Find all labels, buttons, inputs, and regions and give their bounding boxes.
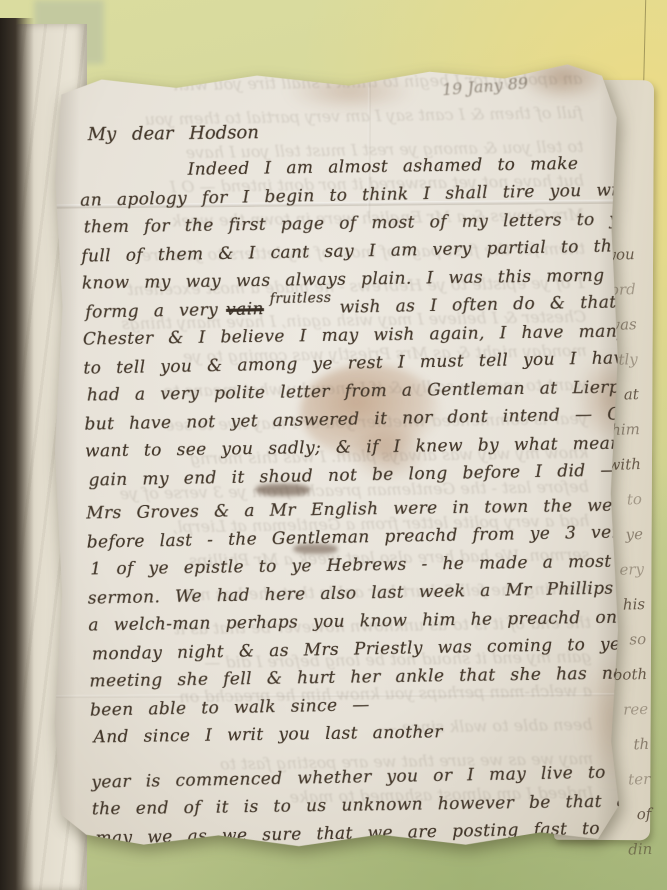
letter-page-wrap: an apology for I begin to think I shall … (46, 51, 625, 854)
struck-word: vain (226, 299, 264, 320)
edit-post-text: to be at (659, 290, 667, 312)
letter-photograph: you word was tly at him with to ye ery h… (0, 0, 667, 890)
salutation: My dear Hodson (88, 122, 260, 145)
letter-page: an apology for I begin to think I shall … (46, 51, 625, 854)
inserted-word: fruitless (270, 290, 332, 307)
edit-pre-text: formg a very (85, 300, 218, 323)
letter-body: Indeed I am almost ashamed to make an ap… (80, 153, 608, 857)
book-gutter-shadow (0, 18, 34, 890)
